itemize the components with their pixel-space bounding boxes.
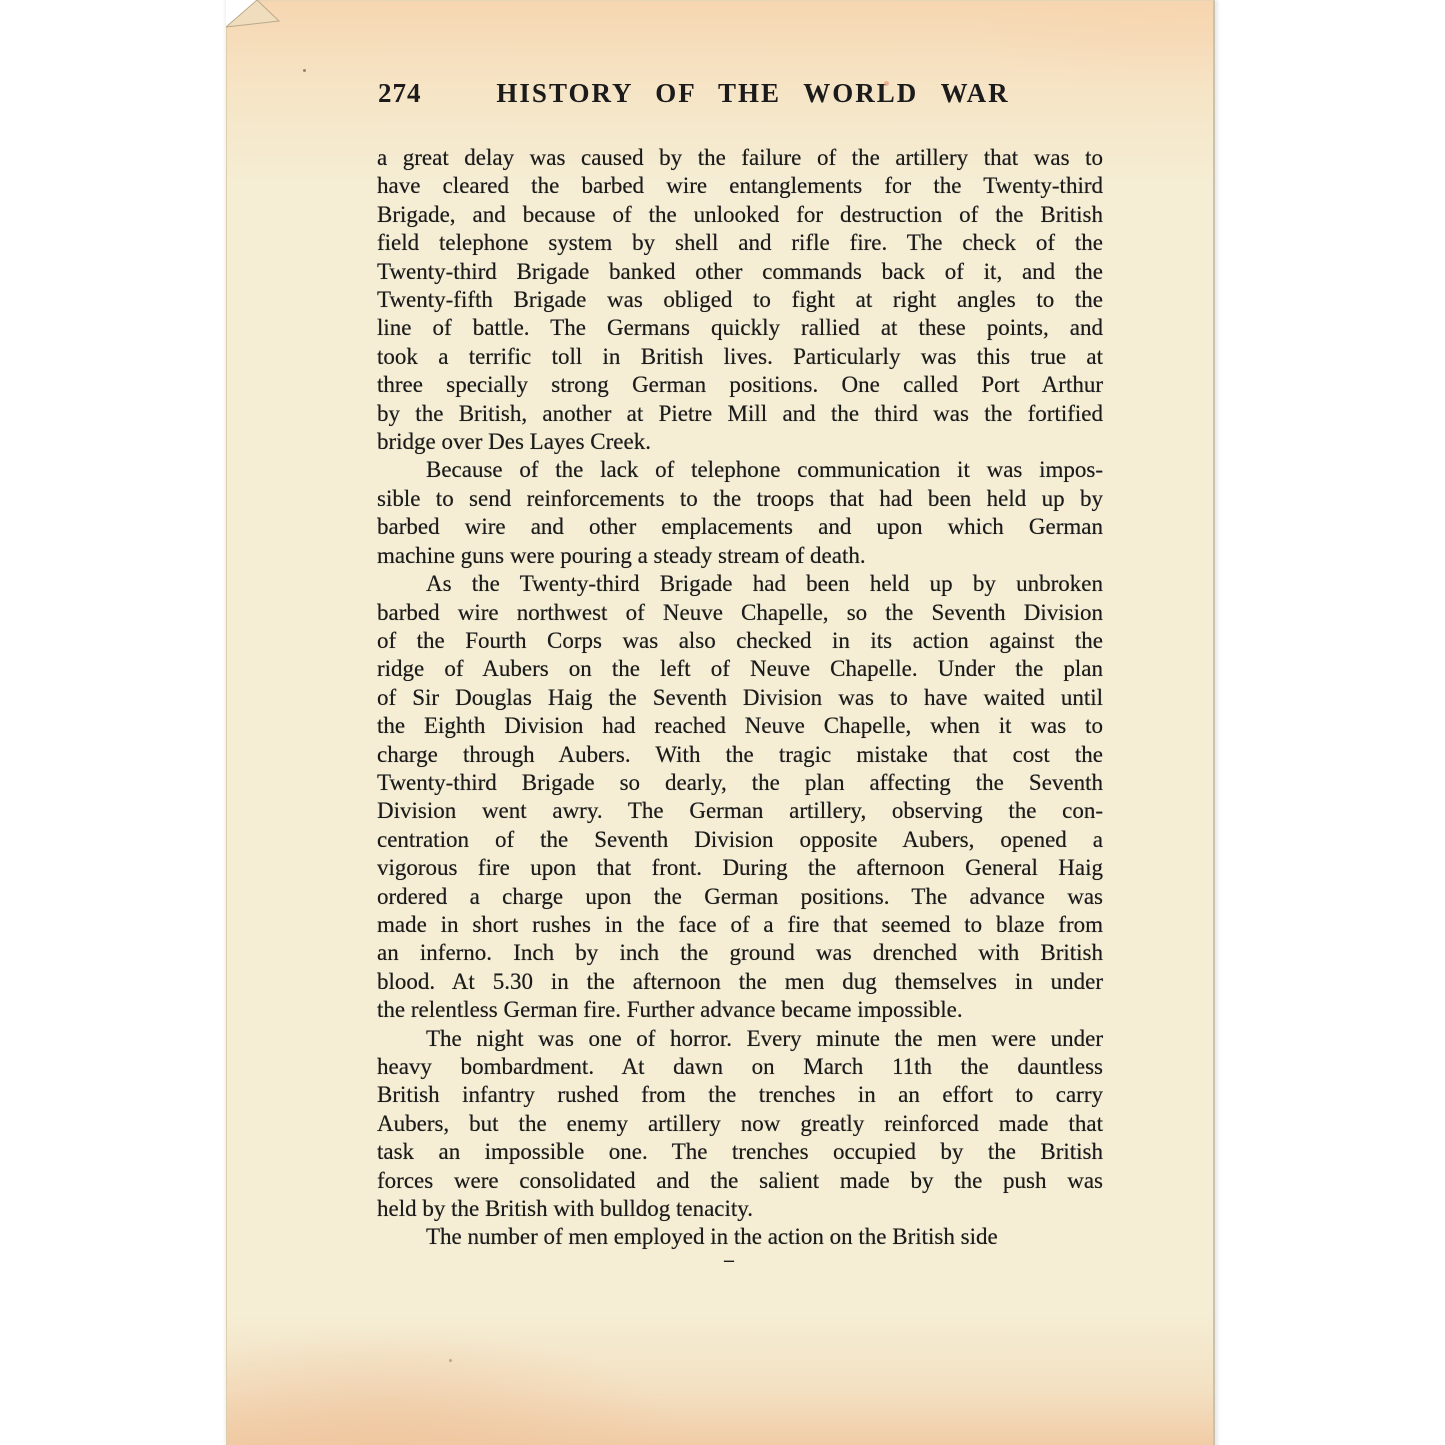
body-line: Twenty-fifth Brigade was obliged to figh… xyxy=(377,286,1103,314)
page-number: 274 xyxy=(378,77,422,109)
body-line: the Eighth Division had reached Neuve Ch… xyxy=(377,712,1103,740)
body-line: machine guns were pouring a steady strea… xyxy=(377,542,1103,570)
body-line: barbed wire northwest of Neuve Chapelle,… xyxy=(377,599,1103,627)
paper-speck xyxy=(449,1359,452,1362)
body-line: held by the British with bulldog tenacit… xyxy=(377,1195,1103,1223)
text-block: a great delay was caused by the failure … xyxy=(377,144,1103,1252)
body-line: The night was one of horror. Every minut… xyxy=(377,1025,1103,1053)
body-line: task an impossible one. The trenches occ… xyxy=(377,1138,1103,1166)
body-line: by the British, another at Pietre Mill a… xyxy=(377,400,1103,428)
body-line: the relentless German fire. Further adva… xyxy=(377,996,1103,1024)
paper-speck xyxy=(611,1147,613,1149)
body-line: of the Fourth Corps was also checked in … xyxy=(377,627,1103,655)
body-line: ordered a charge upon the German positio… xyxy=(377,883,1103,911)
footer-mark: – xyxy=(709,1249,749,1272)
body-line: Because of the lack of telephone communi… xyxy=(377,456,1103,484)
body-line: Division went awry. The German artillery… xyxy=(377,797,1103,825)
body-line: As the Twenty-third Brigade had been hel… xyxy=(377,570,1103,598)
body-line: sible to send reinforcements to the troo… xyxy=(377,485,1103,513)
body-line: The number of men employed in the action… xyxy=(377,1223,1103,1251)
body-line: vigorous fire upon that front. During th… xyxy=(377,854,1103,882)
page-header: HISTORY OF THE WORLD WAR 274 xyxy=(377,77,1103,111)
body-line: Twenty-third Brigade banked other comman… xyxy=(377,258,1103,286)
body-line: blood. At 5.30 in the afternoon the men … xyxy=(377,968,1103,996)
body-line: bridge over Des Layes Creek. xyxy=(377,428,1103,456)
body-line: field telephone system by shell and rifl… xyxy=(377,229,1103,257)
body-line: of Sir Douglas Haig the Seventh Division… xyxy=(377,684,1103,712)
body-line: barbed wire and other emplacements and u… xyxy=(377,513,1103,541)
paper-speck xyxy=(884,81,889,86)
body-line: Twenty-third Brigade so dearly, the plan… xyxy=(377,769,1103,797)
book-page: HISTORY OF THE WORLD WAR 274 a great del… xyxy=(226,0,1215,1445)
body-line: British infantry rushed from the trenche… xyxy=(377,1081,1103,1109)
body-line: have cleared the barbed wire entanglemen… xyxy=(377,172,1103,200)
scan-background: { "page": { "number": "274", "running_ti… xyxy=(0,0,1445,1445)
body-line: three specially strong German positions.… xyxy=(377,371,1103,399)
body-line: made in short rushes in the face of a fi… xyxy=(377,911,1103,939)
body-line: a great delay was caused by the failure … xyxy=(377,144,1103,172)
paper-speck xyxy=(303,69,306,72)
corner-fold xyxy=(226,0,290,32)
body-line: took a terrific toll in British lives. P… xyxy=(377,343,1103,371)
body-line: ridge of Aubers on the left of Neuve Cha… xyxy=(377,655,1103,683)
body-line: forces were consolidated and the salient… xyxy=(377,1167,1103,1195)
body-line: an inferno. Inch by inch the ground was … xyxy=(377,939,1103,967)
body-line: heavy bombardment. At dawn on March 11th… xyxy=(377,1053,1103,1081)
body-line: charge through Aubers. With the tragic m… xyxy=(377,741,1103,769)
running-title: HISTORY OF THE WORLD WAR xyxy=(377,77,1103,109)
body-line: Aubers, but the enemy artillery now grea… xyxy=(377,1110,1103,1138)
body-line: line of battle. The Germans quickly rall… xyxy=(377,314,1103,342)
body-line: Brigade, and because of the unlooked for… xyxy=(377,201,1103,229)
body-line: centration of the Seventh Division oppos… xyxy=(377,826,1103,854)
